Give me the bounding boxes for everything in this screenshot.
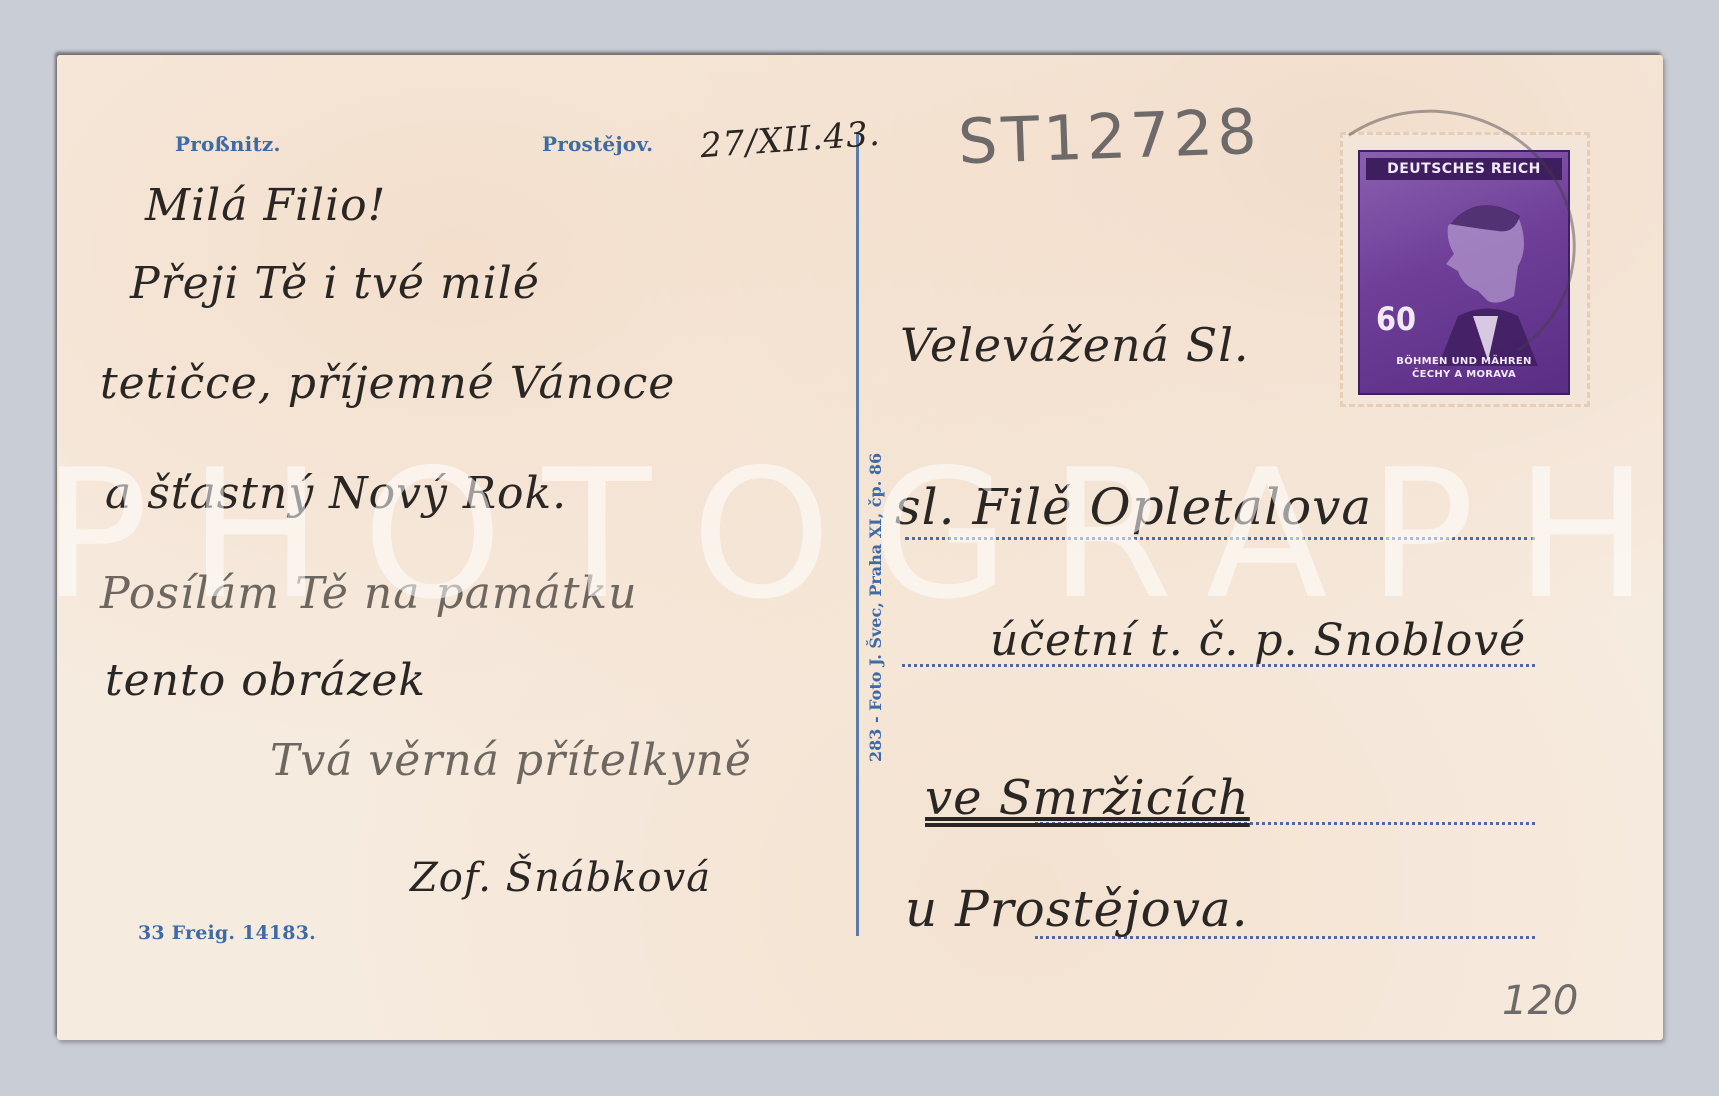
printed-city-german: Proßnitz. [175, 132, 281, 156]
printed-catalog-number: 33 Freig. 14183. [138, 922, 316, 944]
address-name: sl. Filě Opletalova [895, 478, 1372, 536]
inventory-code: ST12728 [957, 95, 1262, 179]
message-line: Přeji Tě i tvé milé [130, 258, 540, 309]
address-town: ve Smržicích [925, 770, 1250, 826]
message-line: Milá Filio! [145, 180, 386, 231]
printed-city-czech: Prostějov. [542, 132, 653, 156]
photo-credit: 283 - Foto J. Švec, Praha XI, čp. 86 [866, 453, 885, 762]
center-divider-line [856, 132, 859, 936]
address-salutation: Velevážená Sl. [900, 318, 1250, 372]
message-signoff: Tvá věrná přítelkyně [270, 735, 752, 786]
message-line: a šťastný Nový Rok. [105, 468, 567, 519]
address-care-of: účetní t. č. p. Snoblové [990, 615, 1526, 666]
address-region: u Prostějova. [905, 880, 1249, 938]
address-line-1 [905, 537, 1535, 540]
message-signature: Zof. Šnábková [410, 855, 711, 901]
message-line: tento obrázek [105, 655, 426, 706]
message-line: tetičce, příjemné Vánoce [100, 358, 675, 409]
price-note: 120 [1502, 978, 1578, 1024]
message-line: Posílám Tě na památku [100, 568, 638, 619]
